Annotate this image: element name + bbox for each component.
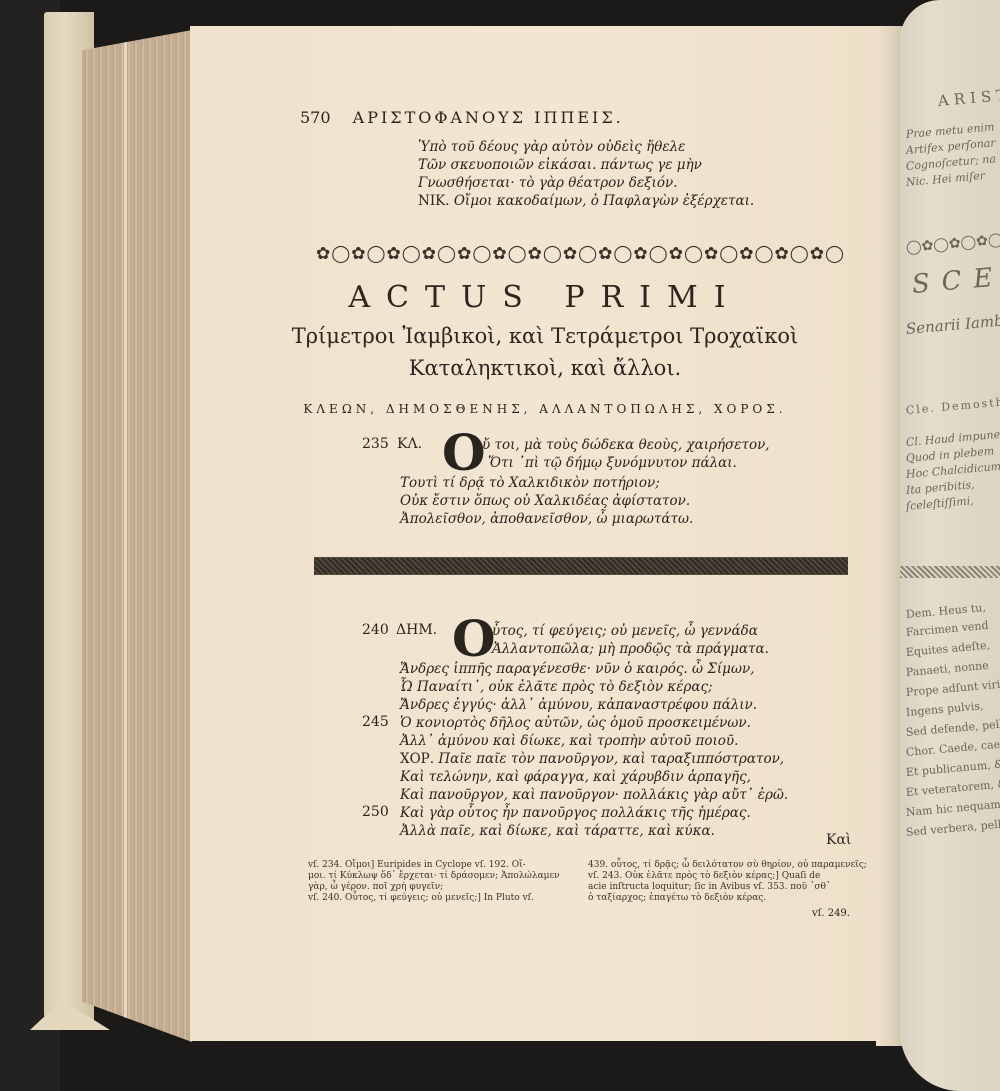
verse-line: Ἀλλ᾽ ἀμύνου καὶ δίωκε, καὶ τροπὴν αὐτοῦ … xyxy=(400,732,788,750)
facing-line: Panaeti, nonne xyxy=(905,659,989,679)
footnote-line: ὁ ταξίαρχος; ἐπαγέτω τὸ δεξιὸν κέρας. xyxy=(588,893,867,904)
facing-meter: Senarii Iambic xyxy=(905,310,1000,338)
verse-line: Καὶ πανοῦργον, καὶ πανοῦργον· πολλάκις γ… xyxy=(400,786,788,804)
facing-line: Et publicanum, & xyxy=(905,757,1000,779)
facing-line: ſceleſtiſſimi, xyxy=(905,494,974,513)
verse-line: Ἄνδρες ἱππῆς παραγένεσθε· νῦν ὁ καιρός. … xyxy=(400,660,788,678)
verse-line: Καὶ γὰρ οὗτος ἦν πανοῦργος πολλάκις τῆς … xyxy=(400,804,788,822)
catchword: Καὶ xyxy=(826,832,851,848)
footnote-catchword: vſ. 249. xyxy=(812,908,850,919)
ornament-border: ✿◯✿◯✿◯✿◯✿◯✿◯✿◯✿◯✿◯✿◯✿◯✿◯✿◯✿◯✿◯✿◯✿◯ xyxy=(316,244,844,264)
line-number: 245 xyxy=(362,714,389,730)
verse-line: Ὅτι ᾿πὶ τῷ δήμῳ ξυνόμνυτον πάλαι. xyxy=(488,454,770,472)
verse-line: Ὁ κονιορτὸς δῆλος αὐτῶν, ὡς ὁμοῦ προσκει… xyxy=(400,714,788,732)
verse-line: Ἄνδρες ἐγγύς· ἀλλ᾽ ἀμύνου, κἀπαναστρέφου… xyxy=(400,696,788,714)
meter-heading-1: Τρίμετροι Ἰαμβικοὶ, καὶ Τετράμετροι Τροχ… xyxy=(190,324,900,348)
speaker-label: ΔΗΜ. xyxy=(396,622,437,638)
facing-line: Et veteratorem, & xyxy=(905,777,1000,799)
footnote-line: acie inſtructa loquitur; ſic in Avibus v… xyxy=(588,882,867,893)
verse-line: Ἀλλὰ παῖε, καὶ δίωκε, καὶ τάραττε, καὶ κ… xyxy=(400,822,788,840)
facing-line: Equites adeſte, xyxy=(905,639,990,659)
footnote-line: γὰρ, ὦ γέρον. ποῖ χρὴ φυγεῖν; xyxy=(308,882,560,893)
book-page-570: 570 ΑΡΙΣΤΟΦΑΝΟΥΣ ΙΠΠΕΙΣ. Ὑπὸ τοῦ δέους γ… xyxy=(190,26,900,1041)
footnote-line: vſ. 234. Οἴμοι] Euripides in Cyclope vſ.… xyxy=(308,860,560,871)
verse-line: Τῶν σκευοποιῶν εἰκάσαι. πάντως γε μὴν xyxy=(418,156,754,174)
page-number: 570 xyxy=(300,108,331,127)
running-head: 570 ΑΡΙΣΤΟΦΑΝΟΥΣ ΙΠΠΕΙΣ. xyxy=(300,108,624,127)
verse-line: Παῖε παῖε τὸν πανοῦργον, καὶ ταραξιππόστ… xyxy=(438,751,784,767)
footnote-line: 439. οὗτος, τί δρᾷς; ὦ δειλότατον σὺ θηρ… xyxy=(588,860,867,871)
verse-line: ὔ τοι, μὰ τοὺς δώδεκα θεοὺς, χαιρήσετον, xyxy=(482,436,770,454)
facing-line: Farcimen vend xyxy=(905,619,989,639)
verse-line: Ἀπολεῖσθον, ἀποθανεῖσθον, ὦ μιαρωτάτω. xyxy=(400,510,693,528)
speaker-label: ΝΙΚ. xyxy=(418,193,450,209)
facing-page: ARIST Prae metu enim Artifex perſonar Co… xyxy=(900,0,1000,1091)
meter-heading-2: Καταληκτικοὶ, καὶ ἄλλοι. xyxy=(190,356,900,380)
facing-line: Nam hic nequam & xyxy=(905,797,1000,819)
opening-verse: Ὑπὸ τοῦ δέους γὰρ αὐτὸν οὐδεὶς ἤθελε Τῶν… xyxy=(418,138,754,210)
footnotes-left: vſ. 234. Οἴμοι] Euripides in Cyclope vſ.… xyxy=(308,860,560,904)
line-number: 240 xyxy=(362,622,389,638)
verse-line: Ἀλλαντοπῶλα; μὴ προδῷς τὰ πράγματα. xyxy=(492,640,769,658)
verse-line: Οὐκ ἔστιν ὅπως οὐ Χαλκιδέας ἀφίστατον. xyxy=(400,492,693,510)
footnotes-right: 439. οὗτος, τί δρᾷς; ὦ δειλότατον σὺ θηρ… xyxy=(588,860,867,904)
act-title: ACTUS PRIMI xyxy=(190,280,900,315)
footnote-line: vſ. 243. Οὐκ ἐλᾶτε πρὸς τὸ δεξιὸν κέρας;… xyxy=(588,871,867,882)
verse-line: Τουτὶ τί δρᾷ τὸ Χαλκιδικὸν ποτήριον; xyxy=(400,474,693,492)
verse-line: ὗτος, τί φεύγεις; οὐ μενεῖς, ὦ γεννάδα xyxy=(492,622,769,640)
verse-block: Τουτὶ τί δρᾷ τὸ Χαλκιδικὸν ποτήριον; Οὐκ… xyxy=(400,474,693,528)
facing-ornament: ◯✿◯✿◯✿◯ xyxy=(905,232,1000,256)
verse-line: Γνωσθήσεται· τὸ γὰρ θέατρον δεξιόν. xyxy=(418,174,754,192)
facing-scene-title: SCE xyxy=(911,262,1000,300)
footnote-line: vſ. 240. Οὗτος, τί φεύγεις; οὐ μενεῖς;] … xyxy=(308,893,560,904)
drop-cap: O xyxy=(442,428,486,478)
verse-line: Ὑπὸ τοῦ δέους γὰρ αὐτὸν οὐδεὶς ἤθελε xyxy=(418,138,754,156)
speaker-label: ΧΟΡ. xyxy=(400,751,434,767)
facing-line: Sed defende, pelle, xyxy=(905,717,1000,739)
page-block-edge xyxy=(82,30,192,1042)
facing-line: Chor. Caede, caede xyxy=(905,737,1000,759)
verse-block: Ἄνδρες ἱππῆς παραγένεσθε· νῦν ὁ καιρός. … xyxy=(400,660,788,840)
dramatis-personae: ΚΛΕΩΝ, ΔΗΜΟΣΘΕΝΗΣ, ΑΛΛΑΝΤΟΠΩΛΗΣ, ΧΟΡΟΣ. xyxy=(190,402,900,416)
facing-running-head: ARIST xyxy=(937,86,1000,110)
facing-line: Dem. Heus tu, xyxy=(905,601,986,621)
verse-block: ὗτος, τί φεύγεις; οὐ μενεῖς, ὦ γεννάδα Ἀ… xyxy=(492,622,769,658)
facing-ornamental-rule xyxy=(900,566,1000,578)
ornamental-rule xyxy=(314,557,848,575)
line-number: 235 xyxy=(362,436,389,452)
running-title: ΑΡΙΣΤΟΦΑΝΟΥΣ ΙΠΠΕΙΣ. xyxy=(353,108,624,127)
verse-line: Καὶ τελώνην, καὶ φάραγγα, καὶ χάρυβδιν ἁ… xyxy=(400,768,788,786)
verse-line: Ὦ Παναίτι᾽, οὐκ ἐλᾶτε πρὸς τὸ δεξιὸν κέρ… xyxy=(400,678,788,696)
facing-line: Ingens pulvis, xyxy=(905,699,984,719)
facing-line: Sed verbera, pelle, xyxy=(905,817,1000,839)
footnote-line: μοι. τί Κύκλωψ ὅδ᾽ ἔρχεται· τί δράσομεν;… xyxy=(308,871,560,882)
verse-block: ὔ τοι, μὰ τοὺς δώδεκα θεοὺς, χαιρήσετον,… xyxy=(482,436,770,472)
line-number: 250 xyxy=(362,804,389,820)
facing-line: Prope adſunt viri xyxy=(905,678,1000,699)
drop-cap: O xyxy=(452,614,496,664)
facing-line: Nic. Hei miſer xyxy=(905,169,985,189)
verse-line: Οἴμοι κακοδαίμων, ὁ Παφλαγὼν ἐξέρχεται. xyxy=(454,193,754,209)
facing-persons: Cle. Demosth xyxy=(905,395,1000,417)
speaker-label: ΚΛ. xyxy=(397,436,422,452)
